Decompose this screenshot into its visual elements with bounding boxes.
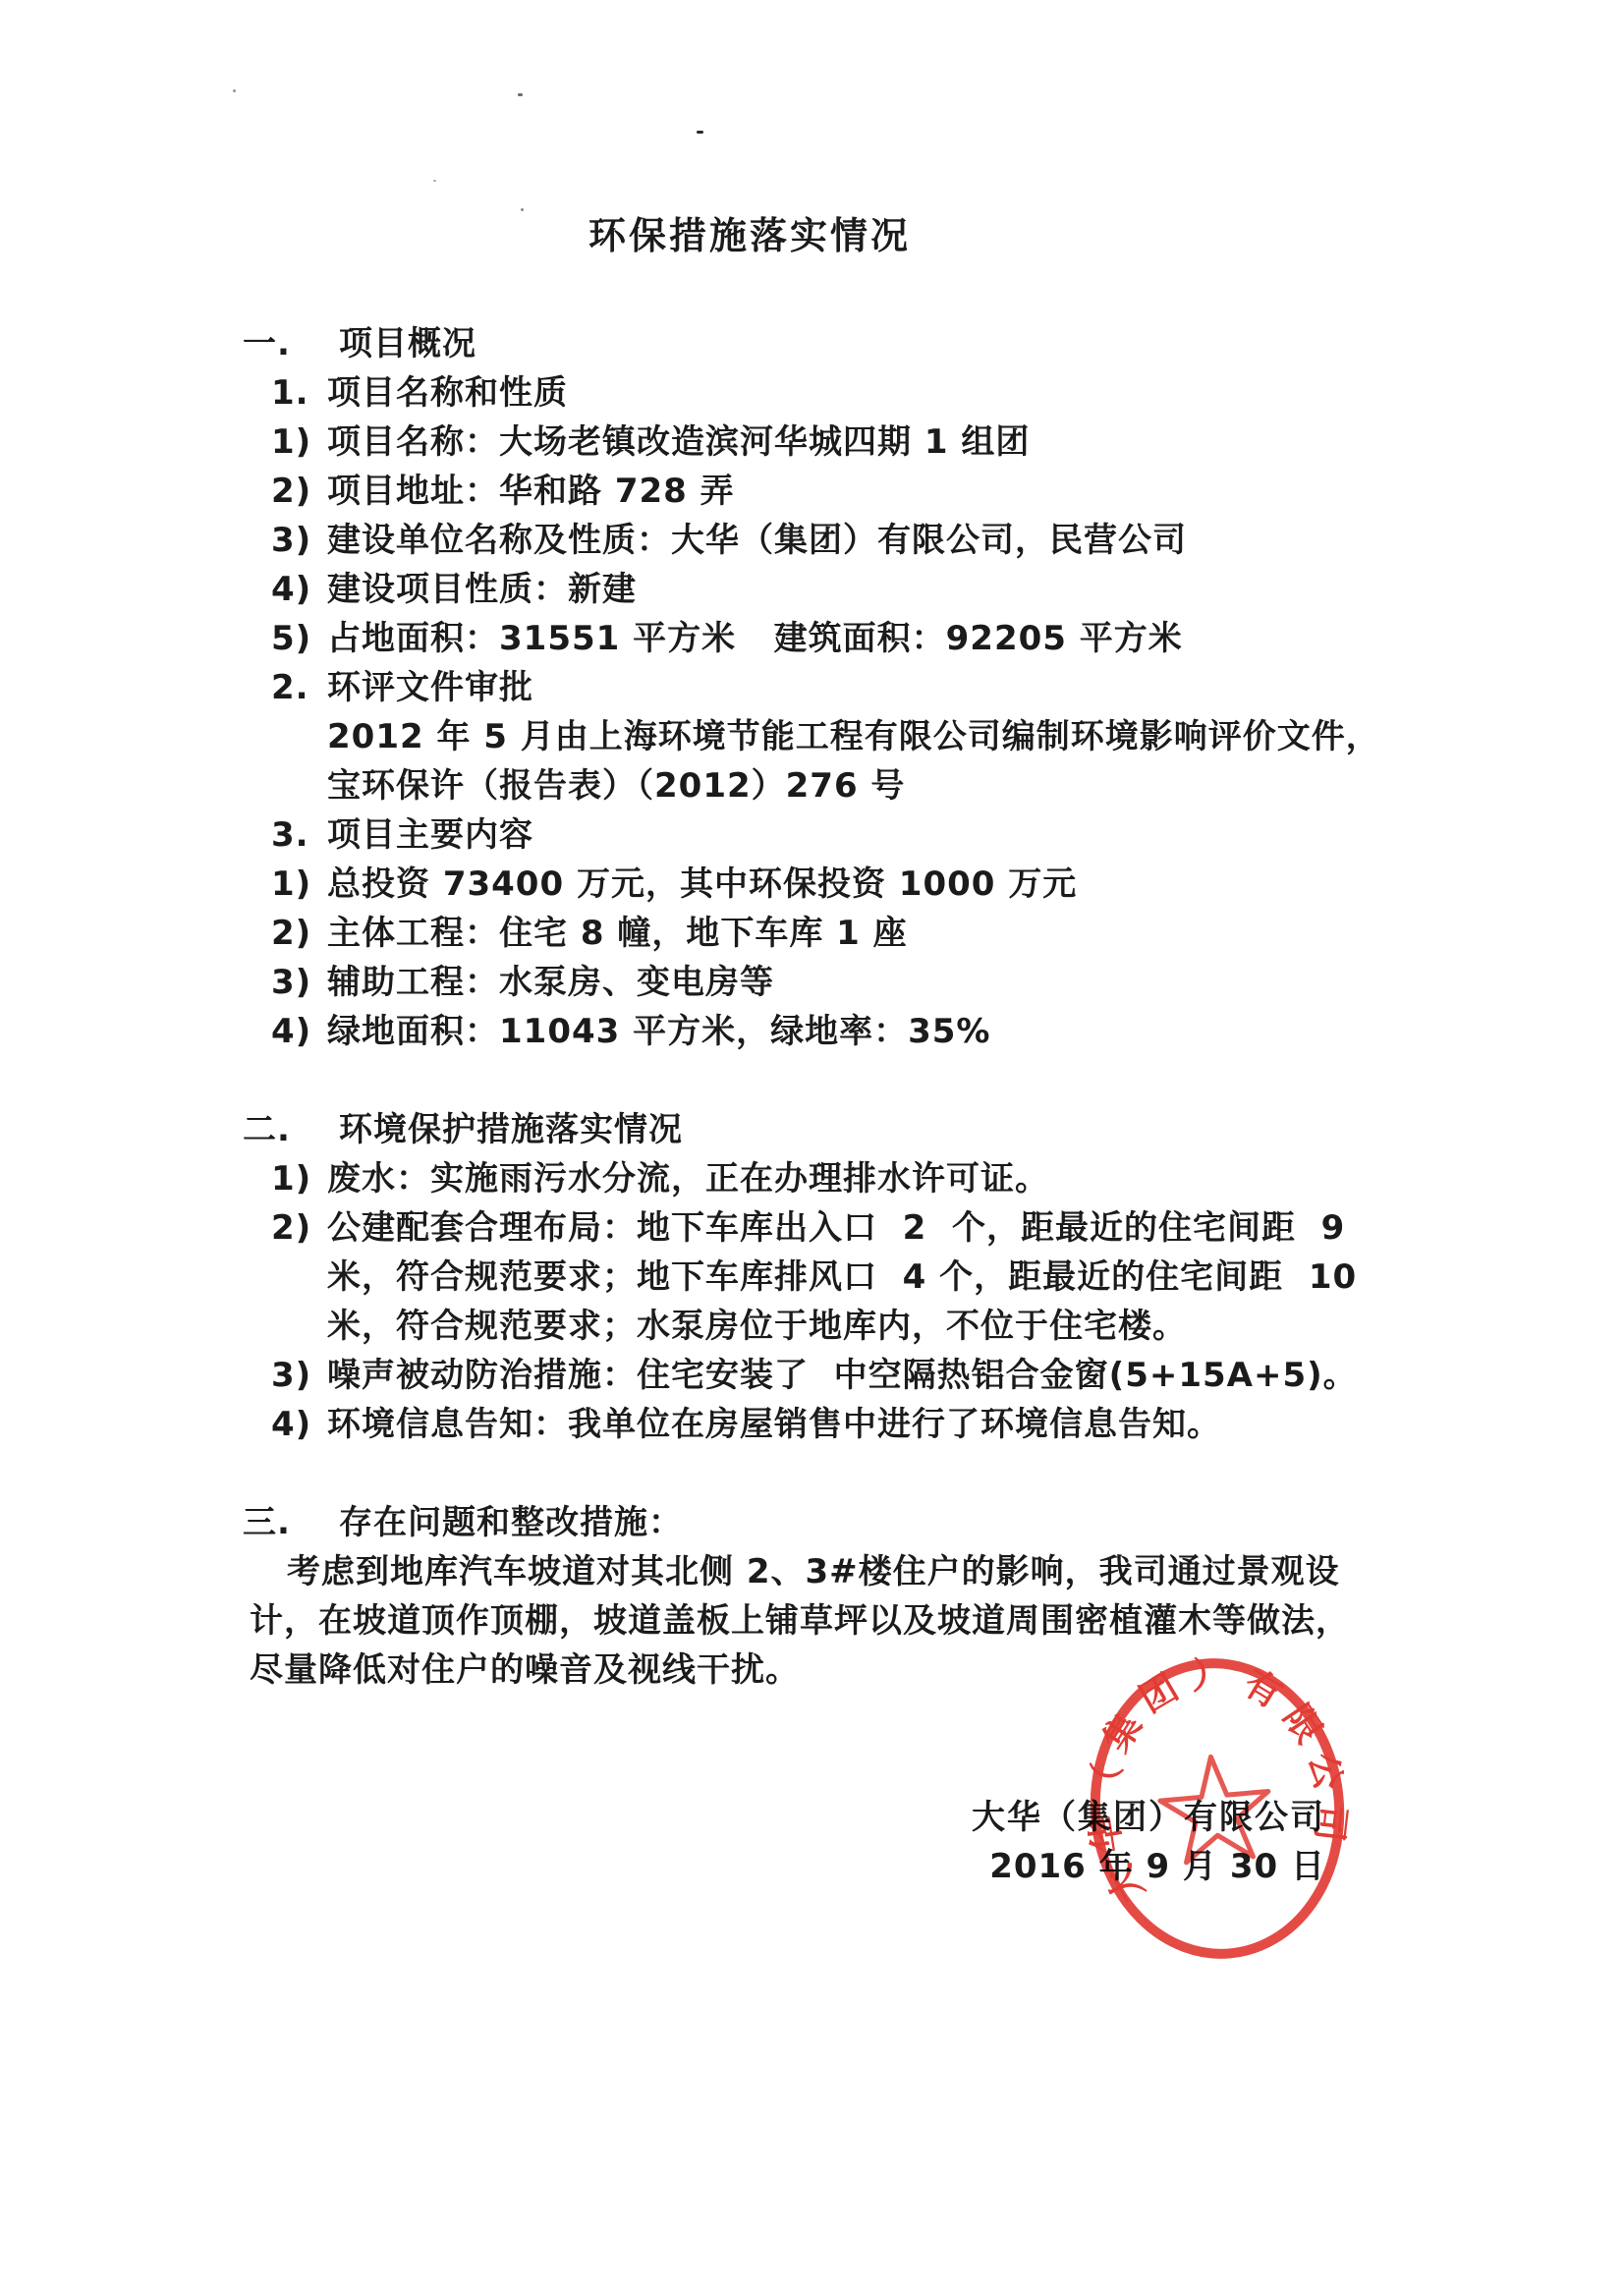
scan-speck [433, 180, 436, 182]
continuation-line: 2012 年 5 月由上海环境节能工程有限公司编制环境影响评价文件， [0, 712, 1624, 761]
item-number: 5) [271, 614, 327, 663]
item-text: 项目名称和性质 [327, 373, 568, 413]
section-title: 环境保护措施落实情况 [339, 1110, 683, 1149]
section-title: 项目概况 [339, 324, 476, 363]
item-text: 米，符合规范要求；水泵房位于地库内，不位于住宅楼。 [327, 1307, 1187, 1346]
item-text: 项目名称：大场老镇改造滨河华城四期 1 组团 [327, 422, 1030, 462]
item-text: 公建配套合理布局：地下车库出入口 2 个，距最近的住宅间距 9 [327, 1208, 1345, 1248]
list-item: 5)占地面积：31551 平方米 建筑面积：92205 平方米 [0, 614, 1624, 663]
blank-line [0, 1449, 1624, 1498]
continuation-line: 米，符合规范要求；地下车库排风口 4 个，距最近的住宅间距 10 [0, 1253, 1624, 1302]
item-number: 1. [271, 368, 327, 418]
document-body: 一.项目概况 1.项目名称和性质 1)项目名称：大场老镇改造滨河华城四期 1 组… [0, 319, 1624, 1891]
section-heading-2: 二.环境保护措施落实情况 [0, 1105, 1624, 1154]
list-item: 3)辅助工程：水泵房、变电房等 [0, 958, 1624, 1007]
item-text: 项目地址：华和路 728 弄 [327, 472, 735, 511]
list-item: 1)总投资 73400 万元，其中环保投资 1000 万元 [0, 860, 1624, 909]
section-heading-3: 三.存在问题和整改措施： [0, 1498, 1624, 1547]
item-number: 3) [271, 958, 327, 1007]
page-title: 环保措施落实情况 [0, 211, 1499, 260]
item-text: 2012 年 5 月由上海环境节能工程有限公司编制环境影响评价文件， [327, 717, 1380, 756]
item-text: 绿地面积：11043 平方米，绿地率：35% [327, 1012, 991, 1051]
list-item: 2.环评文件审批 [0, 663, 1624, 712]
item-number: 4) [271, 565, 327, 614]
section-heading-1: 一.项目概况 [0, 319, 1624, 368]
list-item: 1)项目名称：大场老镇改造滨河华城四期 1 组团 [0, 418, 1624, 467]
continuation-line: 米，符合规范要求；水泵房位于地库内，不位于住宅楼。 [0, 1302, 1624, 1351]
item-number: 2. [271, 663, 327, 712]
item-number: 4) [271, 1007, 327, 1056]
scanned-document-page: 环保措施落实情况 一.项目概况 1.项目名称和性质 1)项目名称：大场老镇改造滨… [0, 0, 1624, 2287]
paragraph-text: 尽量降低对住户的噪音及视线干扰。 [250, 1650, 800, 1690]
list-item: 1)废水：实施雨污水分流，正在办理排水许可证。 [0, 1154, 1624, 1203]
item-text: 噪声被动防治措施：住宅安装了 中空隔热铝合金窗(5+15A+5)。 [327, 1356, 1358, 1395]
item-text: 米，符合规范要求；地下车库排风口 4 个，距最近的住宅间距 10 [327, 1257, 1357, 1297]
section-marker: 二. [243, 1105, 339, 1154]
list-item: 4)绿地面积：11043 平方米，绿地率：35% [0, 1007, 1624, 1056]
list-item: 3.项目主要内容 [0, 810, 1624, 860]
list-item: 2)主体工程：住宅 8 幢，地下车库 1 座 [0, 909, 1624, 958]
scan-speck [233, 89, 236, 92]
section-marker: 三. [243, 1498, 339, 1547]
item-text: 环境信息告知：我单位在房屋销售中进行了环境信息告知。 [327, 1405, 1221, 1444]
item-number: 3) [271, 1351, 327, 1400]
list-item: 4)环境信息告知：我单位在房屋销售中进行了环境信息告知。 [0, 1400, 1624, 1449]
paragraph-line: 考虑到地库汽车坡道对其北侧 2、3#楼住户的影响，我司通过景观设 [0, 1547, 1624, 1596]
item-text: 项目主要内容 [327, 815, 533, 855]
item-text: 主体工程：住宅 8 幢，地下车库 1 座 [327, 914, 908, 953]
item-number: 1) [271, 1154, 327, 1203]
item-text: 宝环保许（报告表）（2012）276 号 [327, 766, 905, 806]
paragraph-line: 尽量降低对住户的噪音及视线干扰。 [0, 1646, 1624, 1695]
item-text: 建设项目性质：新建 [327, 570, 637, 609]
star-icon [1156, 1753, 1273, 1865]
item-text: 废水：实施雨污水分流，正在办理排水许可证。 [327, 1159, 1049, 1199]
item-number: 3. [271, 810, 327, 860]
item-number: 4) [271, 1400, 327, 1449]
paragraph-text: 计，在坡道顶作顶棚，坡道盖板上铺草坪以及坡道周围密植灌木等做法， [250, 1601, 1350, 1641]
stamp-rim-text: 大华（集团）有限公司 [1070, 1643, 1361, 1913]
item-number: 2) [271, 1203, 327, 1253]
item-text: 总投资 73400 万元，其中环保投资 1000 万元 [327, 865, 1077, 904]
list-item: 2)公建配套合理布局：地下车库出入口 2 个，距最近的住宅间距 9 [0, 1203, 1624, 1253]
paragraph-text: 考虑到地库汽车坡道对其北侧 2、3#楼住户的影响，我司通过景观设 [287, 1552, 1340, 1591]
item-number: 2) [271, 467, 327, 516]
section-title: 存在问题和整改措施： [339, 1503, 683, 1542]
section-marker: 一. [243, 319, 339, 368]
list-item: 4)建设项目性质：新建 [0, 565, 1624, 614]
item-number: 1) [271, 860, 327, 909]
company-seal-stamp: 大华（集团）有限公司 [1070, 1640, 1364, 1978]
item-number: 3) [271, 516, 327, 565]
item-number: 2) [271, 909, 327, 958]
scan-speck [518, 93, 523, 96]
blank-line [0, 1056, 1624, 1105]
list-item: 3)建设单位名称及性质：大华（集团）有限公司，民营公司 [0, 516, 1624, 565]
item-text: 建设单位名称及性质：大华（集团）有限公司，民营公司 [327, 521, 1187, 560]
item-text: 占地面积：31551 平方米 建筑面积：92205 平方米 [327, 619, 1183, 658]
item-text: 辅助工程：水泵房、变电房等 [327, 963, 774, 1002]
scan-speck [697, 131, 703, 134]
paragraph-line: 计，在坡道顶作顶棚，坡道盖板上铺草坪以及坡道周围密植灌木等做法， [0, 1596, 1624, 1646]
item-number: 1) [271, 418, 327, 467]
svg-text:大华（集团）有限公司: 大华（集团）有限公司 [1070, 1643, 1361, 1913]
continuation-line: 宝环保许（报告表）（2012）276 号 [0, 761, 1624, 810]
list-item: 1.项目名称和性质 [0, 368, 1624, 418]
item-text: 环评文件审批 [327, 668, 533, 707]
list-item: 3)噪声被动防治措施：住宅安装了 中空隔热铝合金窗(5+15A+5)。 [0, 1351, 1624, 1400]
list-item: 2)项目地址：华和路 728 弄 [0, 467, 1624, 516]
